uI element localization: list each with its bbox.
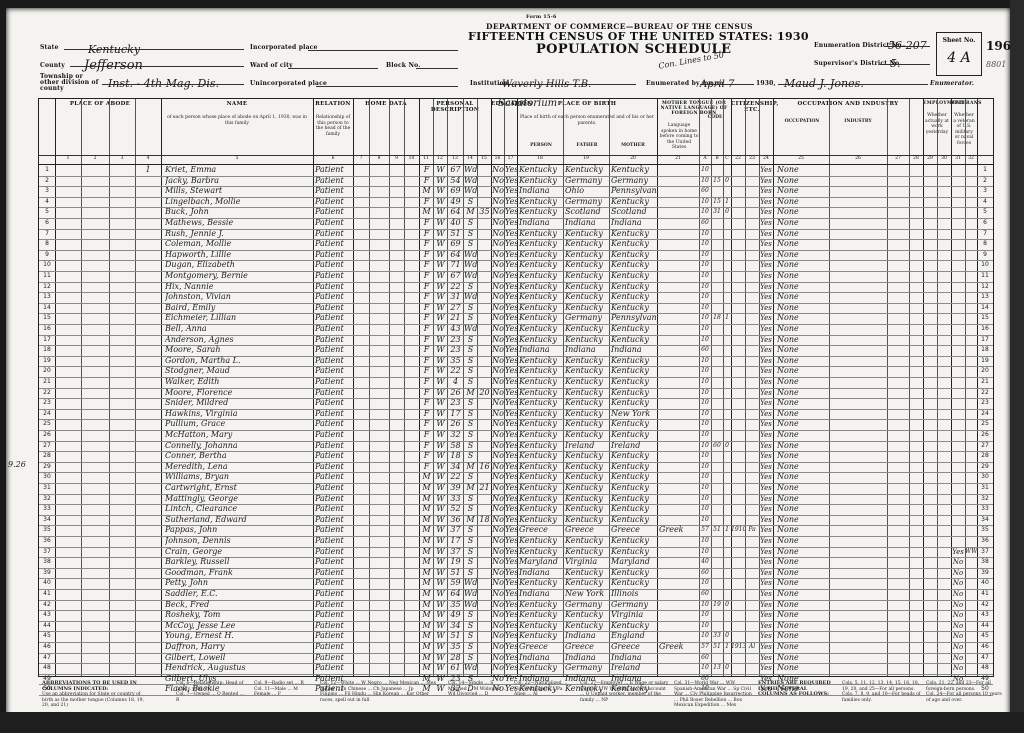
immigration-year <box>731 515 745 526</box>
can-read-write: Yes <box>505 313 517 324</box>
sex: F <box>420 250 433 261</box>
line-number: 6 <box>39 218 55 229</box>
code-a: 10 <box>699 335 711 346</box>
veteran-war <box>965 186 977 197</box>
can-read-write: Yes <box>505 483 517 494</box>
col-number: 18 <box>517 156 563 161</box>
line-number: 14 <box>39 303 55 314</box>
naturalization <box>745 366 759 377</box>
birthplace-mother: Greece <box>611 525 657 536</box>
code-b <box>711 557 723 568</box>
ed-field: 56-207 <box>884 34 930 47</box>
attended-school: No <box>492 631 504 642</box>
code-a: 10 <box>699 398 711 409</box>
veteran <box>951 176 965 187</box>
family-number <box>135 525 161 536</box>
immigration-year <box>731 409 745 420</box>
person-name: Montgomery, Bernie <box>165 271 311 282</box>
speaks-english: Yes <box>759 218 773 229</box>
age: 37 <box>448 547 463 558</box>
population-table: PLACE OF ABODE NAME RELATION HOME DATA P… <box>38 98 994 677</box>
immigration-year <box>731 239 745 250</box>
age-at-marriage <box>478 653 491 664</box>
occupation: None <box>777 621 829 632</box>
age: 67 <box>448 165 463 176</box>
age-at-marriage: 35 <box>478 207 491 218</box>
marital-status: Wd <box>464 271 477 282</box>
birthplace-person: Kentucky <box>519 313 563 324</box>
naturalization <box>745 547 759 558</box>
age: 23 <box>448 398 463 409</box>
veteran-war <box>965 568 977 579</box>
age: 18 <box>448 451 463 462</box>
code-a: 10 <box>699 621 711 632</box>
race: W <box>434 589 447 600</box>
birthplace-person: Kentucky <box>519 176 563 187</box>
immigration-year <box>731 292 745 303</box>
person-name: McHatton, Mary <box>165 430 311 441</box>
birthplace-mother: Kentucky <box>611 515 657 526</box>
can-read-write: Yes <box>505 250 517 261</box>
naturalization <box>745 165 759 176</box>
family-number <box>135 303 161 314</box>
birthplace-mother: England <box>611 631 657 642</box>
can-read-write: Yes <box>505 631 517 642</box>
birth-column-description: Place of birth of each person enumerated… <box>519 115 655 126</box>
code-a: 10 <box>699 504 711 515</box>
code-c <box>723 515 731 526</box>
race: W <box>434 610 447 621</box>
occupation: None <box>777 504 829 515</box>
veteran-war <box>965 292 977 303</box>
line-number: 10 <box>39 260 55 271</box>
attended-school: No <box>492 589 504 600</box>
veteran-war <box>965 483 977 494</box>
relation: Patient <box>315 547 353 558</box>
veteran: No <box>951 568 965 579</box>
family-number <box>135 250 161 261</box>
can-read-write: Yes <box>505 515 517 526</box>
marital-status: M <box>464 483 477 494</box>
mother-tongue <box>659 377 699 388</box>
naturalization <box>745 515 759 526</box>
relation: Patient <box>315 430 353 441</box>
person-name: Beck, Fred <box>165 600 311 611</box>
birthplace-father: Indiana <box>565 345 609 356</box>
race: W <box>434 250 447 261</box>
line-number: 43 <box>39 610 55 621</box>
relation: Patient <box>315 218 353 229</box>
can-read-write: Yes <box>505 557 517 568</box>
relation: Patient <box>315 335 353 346</box>
family-number <box>135 345 161 356</box>
sd-field: 5. <box>880 52 930 65</box>
line-number-right: 40 <box>977 578 993 589</box>
age: 49 <box>448 197 463 208</box>
code-a: 10 <box>699 282 711 293</box>
family-number <box>135 451 161 462</box>
code-a: 10 <box>699 663 711 674</box>
footer-required-left: Cols. 5, 11, 12, 13, 14, 15, 16, 18, 19,… <box>842 681 924 703</box>
sex: F <box>420 345 433 356</box>
line-number-right: 1 <box>977 165 993 176</box>
attended-school: No <box>492 377 504 388</box>
family-number <box>135 292 161 303</box>
age-at-marriage <box>478 568 491 579</box>
birthplace-person: Kentucky <box>519 197 563 208</box>
can-read-write: Yes <box>505 525 517 536</box>
birthplace-mother: Pennsylvania <box>611 186 657 197</box>
marital-status: S <box>464 303 477 314</box>
occupation: None <box>777 366 829 377</box>
birthplace-mother: Maryland <box>611 557 657 568</box>
sex: F <box>420 366 433 377</box>
township-field: Inst. - 4th Mag. Dis. <box>102 72 244 85</box>
age-at-marriage: 18 <box>478 515 491 526</box>
relation: Patient <box>315 494 353 505</box>
code-a: 10 <box>699 483 711 494</box>
mother-tongue: Greek <box>659 642 699 653</box>
code-c <box>723 165 731 176</box>
veteran-war <box>965 313 977 324</box>
relation: Patient <box>315 441 353 452</box>
speaks-english: Yes <box>759 547 773 558</box>
line-number-right: 36 <box>977 536 993 547</box>
birthplace-father: Kentucky <box>565 377 609 388</box>
code-b <box>711 494 723 505</box>
mother-tongue <box>659 345 699 356</box>
race: W <box>434 165 447 176</box>
age: 64 <box>448 250 463 261</box>
birthplace-person: Kentucky <box>519 388 563 399</box>
age: 49 <box>448 610 463 621</box>
occupation: None <box>777 600 829 611</box>
marital-status: S <box>464 653 477 664</box>
marital-status: S <box>464 218 477 229</box>
marital-status: M <box>464 515 477 526</box>
line-number-right: 25 <box>977 419 993 430</box>
col-number: 17 <box>504 156 517 161</box>
age: 4 <box>448 377 463 388</box>
sex: F <box>420 462 433 473</box>
speaks-english: Yes <box>759 504 773 515</box>
mother-tongue <box>659 303 699 314</box>
person-name: Johnson, Dennis <box>165 536 311 547</box>
enumerated-date: April 7 <box>700 79 734 90</box>
age-at-marriage <box>478 186 491 197</box>
naturalization <box>745 419 759 430</box>
attended-school: No <box>492 282 504 293</box>
attended-school: No <box>492 621 504 632</box>
birthplace-person: Kentucky <box>519 451 563 462</box>
code-c: 0 <box>723 207 731 218</box>
race: W <box>434 504 447 515</box>
age-at-marriage <box>478 165 491 176</box>
mother-tongue <box>659 610 699 621</box>
occupation: None <box>777 578 829 589</box>
can-read-write: Yes <box>505 663 517 674</box>
mother-tongue <box>659 653 699 664</box>
birthplace-person: Kentucky <box>519 515 563 526</box>
line-number: 17 <box>39 335 55 346</box>
sex: M <box>420 494 433 505</box>
age-at-marriage <box>478 578 491 589</box>
birthplace-person: Kentucky <box>519 430 563 441</box>
age: 31 <box>448 292 463 303</box>
veterans-subheader: Whether a veteran of U.S. military or na… <box>953 113 975 146</box>
birthplace-person: Kentucky <box>519 165 563 176</box>
line-number: 26 <box>39 430 55 441</box>
age-at-marriage: 20 <box>478 388 491 399</box>
marital-status: S <box>464 610 477 621</box>
veteran-war <box>965 472 977 483</box>
birthplace-mother: Kentucky <box>611 547 657 558</box>
naturalization <box>745 345 759 356</box>
code-c <box>723 377 731 388</box>
attended-school: No <box>492 366 504 377</box>
immigration-year <box>731 600 745 611</box>
speaks-english: Yes <box>759 483 773 494</box>
race: W <box>434 377 447 388</box>
birthplace-person: Kentucky <box>519 621 563 632</box>
code-a: 10 <box>699 472 711 483</box>
speaks-english: Yes <box>759 409 773 420</box>
age: 26 <box>448 419 463 430</box>
age: 17 <box>448 536 463 547</box>
race: W <box>434 388 447 399</box>
mother-tongue <box>659 578 699 589</box>
occupation: None <box>777 642 829 653</box>
person-name: McCoy, Jesse Lee <box>165 621 311 632</box>
can-read-write: Yes <box>505 430 517 441</box>
can-read-write: Yes <box>505 197 517 208</box>
immigration-year <box>731 578 745 589</box>
sex: M <box>420 653 433 664</box>
naturalization <box>745 197 759 208</box>
race: W <box>434 239 447 250</box>
occupation: None <box>777 589 829 600</box>
line-number: 35 <box>39 525 55 536</box>
line-number-right: 42 <box>977 600 993 611</box>
code-a: 10 <box>699 239 711 250</box>
family-number <box>135 409 161 420</box>
speaks-english: Yes <box>759 324 773 335</box>
code-a: 60 <box>699 589 711 600</box>
veteran <box>951 462 965 473</box>
code-b: 15 <box>711 176 723 187</box>
birthplace-father: Germany <box>565 197 609 208</box>
code-b <box>711 229 723 240</box>
age: 35 <box>448 356 463 367</box>
relation: Patient <box>315 197 353 208</box>
race: W <box>434 462 447 473</box>
relation: Patient <box>315 324 353 335</box>
code-subheader: CODE <box>701 115 729 121</box>
age-at-marriage <box>478 239 491 250</box>
line-number-right: 48 <box>977 663 993 674</box>
margin-note: 9.26 <box>8 460 26 469</box>
veteran <box>951 186 965 197</box>
line-number: 16 <box>39 324 55 335</box>
veteran <box>951 366 965 377</box>
line-number: 20 <box>39 366 55 377</box>
line-number: 21 <box>39 377 55 388</box>
code-c <box>723 462 731 473</box>
relation: Patient <box>315 271 353 282</box>
immigration-year <box>731 557 745 568</box>
can-read-write: Yes <box>505 356 517 367</box>
birthplace-person: Kentucky <box>519 462 563 473</box>
line-number: 32 <box>39 494 55 505</box>
line-number: 13 <box>39 292 55 303</box>
mother-tongue <box>659 515 699 526</box>
code-c: 0 <box>723 600 731 611</box>
mother-tongue <box>659 313 699 324</box>
race: W <box>434 653 447 664</box>
birthplace-mother: Kentucky <box>611 388 657 399</box>
mother-tongue <box>659 250 699 261</box>
relation: Patient <box>315 525 353 536</box>
sex: F <box>420 430 433 441</box>
age-at-marriage <box>478 250 491 261</box>
veteran-war <box>965 430 977 441</box>
col-number: 9 <box>389 156 404 161</box>
speaks-english: Yes <box>759 186 773 197</box>
line-number-right: 32 <box>977 494 993 505</box>
person-name: Rush, Jennie J. <box>165 229 311 240</box>
relation: Patient <box>315 536 353 547</box>
mother-tongue <box>659 260 699 271</box>
group-mother-tongue: MOTHER TONGUE (OR NATIVE LANGUAGE) OF FO… <box>657 101 731 116</box>
occupation: None <box>777 557 829 568</box>
birthplace-father: Kentucky <box>565 536 609 547</box>
veteran-war <box>965 324 977 335</box>
mother-tongue <box>659 568 699 579</box>
col-number: 29 <box>923 156 937 161</box>
attended-school: No <box>492 186 504 197</box>
group-occupation-industry: OCCUPATION AND INDUSTRY <box>773 101 923 107</box>
birthplace-father: Ireland <box>565 441 609 452</box>
naturalization <box>745 504 759 515</box>
veteran <box>951 207 965 218</box>
age-at-marriage <box>478 377 491 388</box>
code-c <box>723 430 731 441</box>
attended-school: No <box>492 547 504 558</box>
naturalization <box>745 377 759 388</box>
attended-school: No <box>492 600 504 611</box>
father-subheader: FATHER <box>565 143 609 149</box>
birthplace-father: Germany <box>565 176 609 187</box>
birthplace-person: Indiana <box>519 218 563 229</box>
person-name: Hawkins, Virginia <box>165 409 311 420</box>
race: W <box>434 303 447 314</box>
birthplace-person: Kentucky <box>519 239 563 250</box>
immigration-year <box>731 494 745 505</box>
immigration-year <box>731 589 745 600</box>
code-b <box>711 324 723 335</box>
relation: Patient <box>315 515 353 526</box>
immigration-year <box>731 536 745 547</box>
immigration-year <box>731 398 745 409</box>
line-number-right: 26 <box>977 430 993 441</box>
can-read-write: Yes <box>505 578 517 589</box>
attended-school: No <box>492 515 504 526</box>
code-c <box>723 610 731 621</box>
code-c <box>723 568 731 579</box>
family-number <box>135 621 161 632</box>
veteran-war <box>965 494 977 505</box>
speaks-english: Yes <box>759 313 773 324</box>
occupation: None <box>777 430 829 441</box>
naturalization <box>745 239 759 250</box>
sex: M <box>420 642 433 653</box>
code-b: 15 <box>711 197 723 208</box>
relation: Patient <box>315 292 353 303</box>
code-c <box>723 621 731 632</box>
veteran-war <box>965 282 977 293</box>
line-number-right: 19 <box>977 356 993 367</box>
mother-tongue <box>659 441 699 452</box>
marital-status: Wd <box>464 292 477 303</box>
veteran: No <box>951 621 965 632</box>
line-number: 3 <box>39 186 55 197</box>
sex: M <box>420 472 433 483</box>
state-label: State <box>40 44 59 51</box>
line-number: 15 <box>39 313 55 324</box>
birthplace-mother: Indiana <box>611 345 657 356</box>
code-a: 10 <box>699 313 711 324</box>
speaks-english: Yes <box>759 366 773 377</box>
birthplace-mother: Kentucky <box>611 494 657 505</box>
mother-tongue <box>659 218 699 229</box>
birthplace-father: Virginia <box>565 557 609 568</box>
code-c: 1 <box>723 197 731 208</box>
birthplace-person: Kentucky <box>519 377 563 388</box>
race: W <box>434 345 447 356</box>
code-c: 1 <box>723 642 731 653</box>
mother-tongue <box>659 504 699 515</box>
code-c <box>723 504 731 515</box>
code-a: 10 <box>699 207 711 218</box>
person-name: Hendrick, Augustus <box>165 663 311 674</box>
code-b <box>711 271 723 282</box>
naturalization <box>745 610 759 621</box>
line-number: 44 <box>39 621 55 632</box>
birthplace-mother: Kentucky <box>611 271 657 282</box>
speaks-english: Yes <box>759 388 773 399</box>
marital-status: S <box>464 282 477 293</box>
occupation: None <box>777 525 829 536</box>
birthplace-person: Kentucky <box>519 663 563 674</box>
naturalization <box>745 356 759 367</box>
attended-school: No <box>492 165 504 176</box>
occupation: None <box>777 494 829 505</box>
col-number: 30 <box>937 156 951 161</box>
code-c <box>723 409 731 420</box>
footer-col12: Col. 12—White ... W Negro ... Neg Mexica… <box>320 681 436 692</box>
can-read-write: Yes <box>505 494 517 505</box>
marital-status: M <box>464 462 477 473</box>
veteran <box>951 472 965 483</box>
age: 34 <box>448 462 463 473</box>
line-number: 22 <box>39 388 55 399</box>
code-a: 10 <box>699 600 711 611</box>
abbrev-note: Use an abbreviation for State or country… <box>42 692 144 708</box>
marital-status: S <box>464 472 477 483</box>
sex: F <box>420 282 433 293</box>
attended-school: No <box>492 260 504 271</box>
mother-tongue <box>659 462 699 473</box>
